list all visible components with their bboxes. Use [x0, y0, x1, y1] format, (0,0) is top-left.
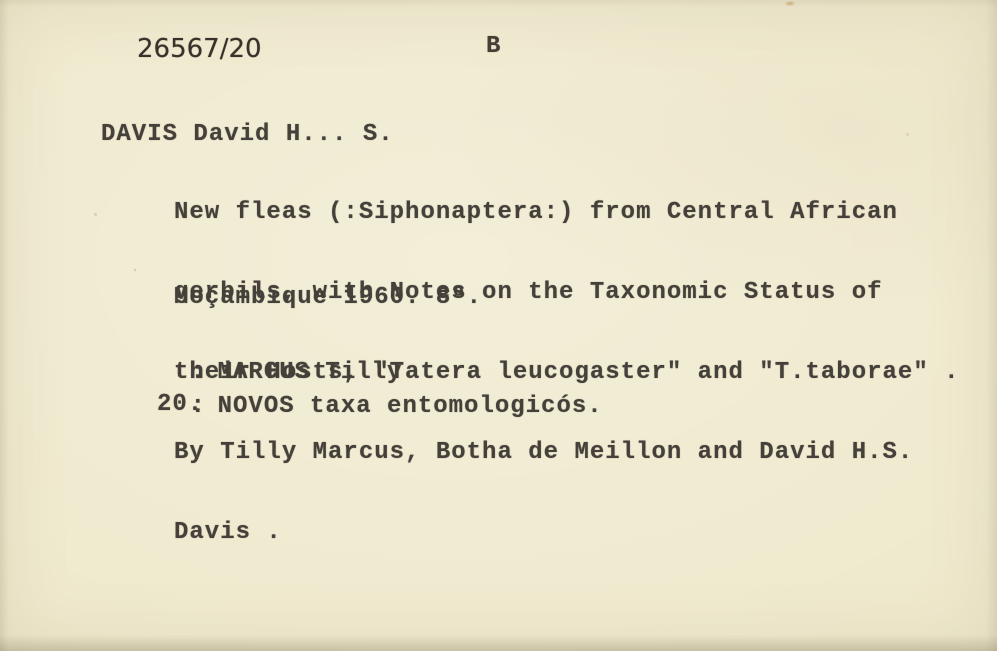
cross-ref-text: NOVOS taxa entomologicós.	[218, 393, 603, 420]
title-line: Davis .	[174, 520, 960, 546]
imprint-line: Moçambique 1960. 8º.	[174, 285, 482, 311]
catalog-card: 26567/20 B DAVIS David H... S. New fleas…	[0, 0, 997, 651]
paper-speck	[133, 268, 137, 272]
entry-heading: DAVIS David H... S.	[101, 122, 394, 148]
paper-speck	[93, 212, 98, 217]
call-number: 26567/20	[137, 34, 262, 64]
paper-speck	[905, 132, 910, 137]
item-number: 20.	[157, 392, 203, 418]
title-line: New fleas (:Siphonaptera:) from Central …	[174, 200, 960, 226]
section-letter: B	[486, 33, 500, 60]
paper-stain	[783, 0, 797, 7]
